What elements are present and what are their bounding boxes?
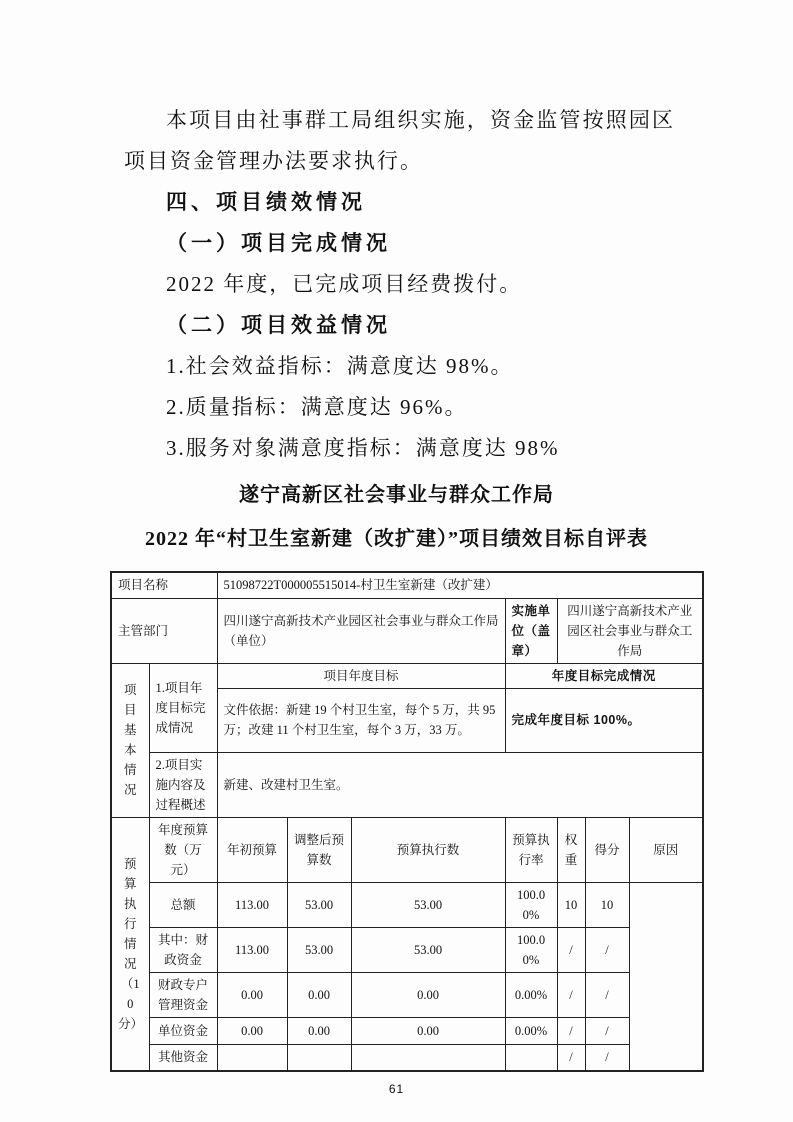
row-budget-unit-funds: 单位资金 0.00 0.00 0.00 0.00% / / <box>111 1017 703 1044</box>
budget-fiscal-adjusted-cell: 53.00 <box>287 927 351 972</box>
impl-unit-value-cell: 四川遂宁高新技术产业园区社会事业与群众工作局 <box>557 598 703 663</box>
budget-unit-adjusted-cell: 0.00 <box>287 1017 351 1044</box>
budget-total-adjusted-cell: 53.00 <box>287 882 351 927</box>
impl-content-value-cell: 新建、改建村卫生室。 <box>217 752 703 817</box>
table-title: 2022 年“村卫生室新建（改扩建）”项目绩效目标自评表 <box>60 525 733 553</box>
list-item-service-satisfaction: 3.服务对象满意度指标：满意度达 98% <box>124 428 675 469</box>
row-budget-other-funds: 其他资金 / / <box>111 1044 703 1071</box>
budget-fiscal-label-cell: 其中：财 政资金 <box>149 927 217 972</box>
paragraph-implementation: 本项目由社事群工局组织实施，资金监管按照园区项目资金管理办法要求执行。 <box>124 100 675 182</box>
budget-total-score-cell: 10 <box>585 882 629 927</box>
impl-content-label-cell: 2.项目实 施内容及 过程概述 <box>149 752 217 817</box>
list-item-quality: 2.质量指标：满意度达 96%。 <box>124 387 675 428</box>
budget-header-score-cell: 得分 <box>585 817 629 882</box>
department-value-cell: 四川遂宁高新技术产业园区社会事业与群众工作局（单位） <box>217 598 505 663</box>
budget-header-weight-cell: 权 重 <box>557 817 585 882</box>
department-label-cell: 主管部门 <box>111 598 217 663</box>
row-budget-total: 总额 113.00 53.00 53.00 100.00% 10 10 <box>111 882 703 927</box>
heading-project-completion: （一）项目完成情况 <box>124 223 675 264</box>
goal-completion-header-cell: 年度目标完成情况 <box>505 663 703 688</box>
budget-total-label-cell: 总额 <box>149 882 217 927</box>
paragraph-2022-completion: 2022 年度，已完成项目经费拨付。 <box>124 264 675 305</box>
budget-other-weight-cell: / <box>557 1044 585 1071</box>
budget-special-initial-cell: 0.00 <box>217 972 287 1017</box>
body-text-block: 本项目由社事群工局组织实施，资金监管按照园区项目资金管理办法要求执行。 四、项目… <box>124 100 675 469</box>
budget-other-rate-cell <box>505 1044 557 1071</box>
budget-side-cell: 预算 执行 情况 （10 分） <box>111 817 149 1071</box>
list-item-social-benefit: 1.社会效益指标：满意度达 98%。 <box>124 346 675 387</box>
budget-fiscal-score-cell: / <box>585 927 629 972</box>
row-budget-header: 预算 执行 情况 （10 分） 年度预算 数（万元） 年初预算 调整后预 算数 … <box>111 817 703 882</box>
budget-special-label-cell: 财政专户 管理资金 <box>149 972 217 1017</box>
self-evaluation-table: 项目名称 51098722T000005515014-村卫生室新建（改扩建） 主… <box>110 571 704 1072</box>
budget-header-reason-cell: 原因 <box>629 817 703 882</box>
row-budget-fiscal: 其中：财 政资金 113.00 53.00 53.00 100.00% / / <box>111 927 703 972</box>
row-department: 主管部门 四川遂宁高新技术产业园区社会事业与群众工作局（单位） 实施单 位（盖 … <box>111 598 703 663</box>
budget-special-adjusted-cell: 0.00 <box>287 972 351 1017</box>
budget-total-weight-cell: 10 <box>557 882 585 927</box>
budget-unit-rate-cell: 0.00% <box>505 1017 557 1044</box>
budget-reason-cell <box>629 882 703 1071</box>
budget-other-label-cell: 其他资金 <box>149 1044 217 1071</box>
annual-goal-header-cell: 项目年度目标 <box>217 663 505 688</box>
budget-header-adjusted-cell: 调整后预 算数 <box>287 817 351 882</box>
heading-section-4: 四、项目绩效情况 <box>124 182 675 223</box>
budget-other-executed-cell <box>351 1044 505 1071</box>
budget-total-rate-cell: 100.00% <box>505 882 557 927</box>
budget-special-executed-cell: 0.00 <box>351 972 505 1017</box>
row-budget-special-account: 财政专户 管理资金 0.00 0.00 0.00 0.00% / / <box>111 972 703 1017</box>
budget-unit-weight-cell: / <box>557 1017 585 1044</box>
budget-unit-initial-cell: 0.00 <box>217 1017 287 1044</box>
budget-special-weight-cell: / <box>557 972 585 1017</box>
budget-total-initial-cell: 113.00 <box>217 882 287 927</box>
goal-completion-label-cell: 1.项目年 度目标完 成情况 <box>149 663 217 752</box>
goal-completion-value-cell: 完成年度目标 100%。 <box>505 688 703 752</box>
budget-special-score-cell: / <box>585 972 629 1017</box>
budget-fiscal-rate-cell: 100.00% <box>505 927 557 972</box>
budget-other-adjusted-cell <box>287 1044 351 1071</box>
document-page: 本项目由社事群工局组织实施，资金监管按照园区项目资金管理办法要求执行。 四、项目… <box>0 0 793 1122</box>
page-number: 61 <box>0 1082 793 1096</box>
basic-info-side-cell: 项目 基本 情况 <box>111 663 149 817</box>
budget-header-rate-cell: 预算执 行率 <box>505 817 557 882</box>
project-name-label-cell: 项目名称 <box>111 572 217 598</box>
budget-fiscal-initial-cell: 113.00 <box>217 927 287 972</box>
impl-unit-label-cell: 实施单 位（盖 章） <box>505 598 557 663</box>
row-implementation-summary: 2.项目实 施内容及 过程概述 新建、改建村卫生室。 <box>111 752 703 817</box>
heading-project-benefit: （二）项目效益情况 <box>124 305 675 346</box>
row-annual-goal-header: 项目 基本 情况 1.项目年 度目标完 成情况 项目年度目标 年度目标完成情况 <box>111 663 703 688</box>
budget-other-score-cell: / <box>585 1044 629 1071</box>
org-title: 遂宁高新区社会事业与群众工作局 <box>60 481 733 509</box>
budget-header-initial-cell: 年初预算 <box>217 817 287 882</box>
budget-total-executed-cell: 53.00 <box>351 882 505 927</box>
budget-unit-executed-cell: 0.00 <box>351 1017 505 1044</box>
row-project-name: 项目名称 51098722T000005515014-村卫生室新建（改扩建） <box>111 572 703 598</box>
budget-special-rate-cell: 0.00% <box>505 972 557 1017</box>
project-name-value-cell: 51098722T000005515014-村卫生室新建（改扩建） <box>217 572 703 598</box>
goal-basis-cell: 文件依据：新建 19 个村卫生室，每个 5 万，共 95 万；改建 11 个村卫… <box>217 688 505 752</box>
budget-fiscal-executed-cell: 53.00 <box>351 927 505 972</box>
budget-unit-score-cell: / <box>585 1017 629 1044</box>
budget-header-executed-cell: 预算执行数 <box>351 817 505 882</box>
budget-other-initial-cell <box>217 1044 287 1071</box>
budget-header-item-cell: 年度预算 数（万元） <box>149 817 217 882</box>
budget-unit-label-cell: 单位资金 <box>149 1017 217 1044</box>
budget-fiscal-weight-cell: / <box>557 927 585 972</box>
